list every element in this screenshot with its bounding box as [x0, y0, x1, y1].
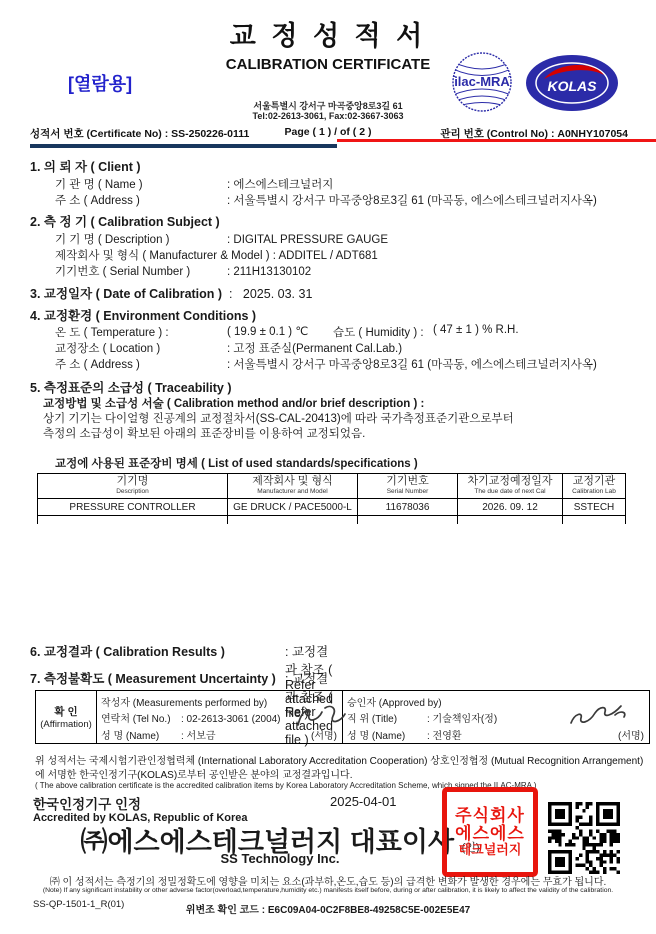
- col-cal-lab-ko: 교정기관: [563, 474, 625, 488]
- approver-title-value: : 기술책임자(정): [427, 714, 497, 725]
- environment-address-value: : 서울특별시 강서구 마곡중앙8로3길 61 (마곡동, 에스에스테크널러지사…: [227, 359, 597, 371]
- traceability-desc-line2: 측정의 소급성이 확보된 아래의 표준장비를 이용하여 교정되었음.: [43, 425, 365, 441]
- accreditation-date: 2025-04-01: [330, 794, 397, 809]
- client-address-value: : 서울특별시 강서구 마곡중앙8로3길 61 (마곡동, 에스에스테크널러지사…: [227, 195, 597, 207]
- traceability-desc-line1: 상기 기기는 다이얼형 진공계의 교정절차서(SS-CAL-20413)에 따라…: [43, 410, 514, 426]
- performer-name-value: : 서보금: [181, 731, 216, 742]
- stamp-line-3: 테크널러지: [459, 843, 522, 857]
- stamp-line-1: 주식회사: [455, 807, 525, 825]
- humidity-label: 습도 ( Humidity ) :: [333, 324, 424, 340]
- date-value: : 2025. 03. 31: [222, 287, 312, 301]
- standard-manufacturer: GE DRUCK / PACE5000-L: [228, 499, 358, 516]
- standard-description: PRESSURE CONTROLLER: [38, 499, 228, 516]
- affirmation-box: 확 인 (Affirmation) 작성자 (Measurements perf…: [35, 690, 650, 744]
- approver-name-label: 성 명 (Name): [347, 727, 427, 742]
- standards-empty-row: [38, 516, 626, 525]
- subject-serial-value: : 211H13130102: [227, 266, 311, 278]
- subject-description-label: 기 기 명 ( Description ): [55, 231, 227, 247]
- environment-address-row: 주 소 ( Address ): 서울특별시 강서구 마곡중앙8로3길 61 (…: [55, 356, 597, 372]
- verification-code-value: E6C09A04-0C2F8BE8-49258C5E-002E5E47: [268, 905, 470, 916]
- temperature-value: ( 19.9 ± 0.1 ) ℃: [227, 324, 308, 338]
- subject-manufacturer-row: 제작회사 및 형식 ( Manufacturer & Model ) : ADD…: [55, 247, 378, 263]
- approver-name-value: : 전영환: [427, 731, 462, 742]
- col-cal-lab-en: Calibration Lab: [563, 488, 625, 498]
- subject-description-value: : DIGITAL PRESSURE GAUGE: [227, 234, 388, 246]
- section-uncertainty: 7. 측정불확도 ( Measurement Uncertainty ): 교정…: [30, 669, 276, 687]
- standard-next-cal: 2026. 09. 12: [458, 499, 563, 516]
- section-client-title: 1. 의 뢰 자 ( Client ): [30, 157, 141, 175]
- section-results: 6. 교정결과 ( Calibration Results ): 교정결과 참조…: [30, 642, 225, 660]
- client-name-label: 기 관 명 ( Name ): [55, 176, 227, 192]
- subject-serial-label: 기기번호 ( Serial Number ): [55, 263, 227, 279]
- section-date-title: 3. 교정일자 ( Date of Calibration ) : 2025. …: [30, 284, 312, 302]
- kolas-logo-text: KOLAS: [548, 78, 598, 94]
- kolas-accreditation-ko: 한국인정기구 인정: [33, 793, 141, 813]
- affirmation-label-cell: 확 인 (Affirmation): [36, 691, 97, 743]
- tel-value: : 02-2613-3061 (2004): [181, 714, 281, 725]
- page-title: 교 정 성 적 서: [0, 14, 656, 53]
- empty-cell: [358, 516, 458, 525]
- empty-cell: [563, 516, 626, 525]
- subject-serial-row: 기기번호 ( Serial Number ): 211H13130102: [55, 263, 311, 279]
- approver-cell: 승인자 (Approved by) 직 위 (Title): 기술책임자(정) …: [343, 691, 649, 743]
- uncertainty-title: 7. 측정불확도 ( Measurement Uncertainty ): [30, 672, 276, 686]
- date-title-text: 3. 교정일자 ( Date of Calibration ): [30, 287, 222, 301]
- stamp-line-2: 에스에스: [455, 825, 525, 843]
- accreditation-statement-line2: 에 서명한 한국인정기구(KOLAS)로부터 공인받은 분야의 교정결과입니다.: [35, 766, 353, 781]
- client-address-label: 주 소 ( Address ): [55, 192, 227, 208]
- section-subject-title: 2. 측 정 기 ( Calibration Subject ): [30, 212, 220, 230]
- standards-header-row: 기기명Description 제작회사 및 형식Manufacturer and…: [38, 474, 626, 499]
- standard-serial: 11678036: [358, 499, 458, 516]
- results-title: 6. 교정결과 ( Calibration Results ): [30, 645, 225, 659]
- subject-description-row: 기 기 명 ( Description ): DIGITAL PRESSURE …: [55, 231, 388, 247]
- col-serial: 기기번호Serial Number: [358, 474, 458, 499]
- subject-manufacturer-value: ADDITEL / ADT681: [276, 250, 378, 262]
- red-rule: [337, 139, 656, 142]
- environment-location-row: 교정장소 ( Location ): 고정 표준실(Permanent Cal.…: [55, 340, 402, 356]
- client-name-row: 기 관 명 ( Name ): 에스에스테크널러지: [55, 176, 333, 192]
- performer-name-label: 성 명 (Name): [101, 727, 181, 742]
- empty-cell: [38, 516, 228, 525]
- performer-cell: 작성자 (Measurements performed by) 연락처 (Tel…: [97, 691, 343, 743]
- ilac-mra-logo-text: ilac-MRA: [454, 74, 510, 89]
- qr-code: [546, 802, 622, 874]
- certificate-page: 교 정 성 적 서 CALIBRATION CERTIFICATE [열람용] …: [0, 0, 656, 934]
- col-next-cal: 차기교정예정일자The due date of next Cal: [458, 474, 563, 499]
- verification-code-label: 위변조 확인 코드 :: [186, 905, 268, 916]
- environment-address-label: 주 소 ( Address ): [55, 356, 227, 372]
- col-next-cal-en: The due date of next Cal: [458, 488, 562, 498]
- approver-title-label: 직 위 (Title): [347, 710, 427, 725]
- col-description: 기기명Description: [38, 474, 228, 499]
- col-description-en: Description: [38, 488, 227, 498]
- col-serial-ko: 기기번호: [358, 474, 457, 488]
- col-manufacturer-ko: 제작회사 및 형식: [228, 474, 357, 488]
- col-next-cal-ko: 차기교정예정일자: [458, 474, 562, 488]
- tel-label: 연락처 (Tel No.): [101, 710, 181, 725]
- section-traceability-title: 5. 측정표준의 소급성 ( Traceability ): [30, 378, 232, 396]
- section-environment-title: 4. 교정환경 ( Environment Conditions ): [30, 306, 256, 324]
- humidity-value: ( 47 ± 1 ) % R.H.: [433, 324, 519, 336]
- location-label: 교정장소 ( Location ): [55, 340, 227, 356]
- standards-data-row: PRESSURE CONTROLLER GE DRUCK / PACE5000-…: [38, 499, 626, 516]
- standards-table: 기기명Description 제작회사 및 형식Manufacturer and…: [37, 473, 626, 524]
- col-serial-en: Serial Number: [358, 488, 457, 498]
- empty-cell: [228, 516, 358, 525]
- corporate-seal-stamp: 주식회사 에스에스 테크널러지: [442, 787, 538, 877]
- empty-cell: [458, 516, 563, 525]
- performer-signature: [292, 699, 350, 733]
- location-value: : 고정 표준실(Permanent Cal.Lab.): [227, 343, 402, 355]
- view-copy-label: [열람용]: [68, 70, 132, 96]
- validity-note-ko: ㈜ 이 성적서는 측정기의 정밀정확도에 영향을 미치는 요소(과부하,온도,습…: [0, 873, 656, 888]
- col-manufacturer: 제작회사 및 형식Manufacturer and Model: [228, 474, 358, 499]
- standards-table-title: 교정에 사용된 표준장비 명세 ( List of used standards…: [55, 455, 418, 471]
- standard-cal-lab: SSTECH: [563, 499, 626, 516]
- client-name-value: : 에스에스테크널러지: [227, 179, 333, 191]
- col-manufacturer-en: Manufacturer and Model: [228, 488, 357, 498]
- accreditation-statement-line1: 위 성적서는 국제시험기관인정협력체 (International Labora…: [35, 752, 643, 767]
- lab-tel-fax-line: Tel:02-2613-3061, Fax:02-3667-3063: [0, 111, 656, 121]
- col-description-ko: 기기명: [38, 474, 227, 488]
- validity-note-en: (Note) If any significant instability or…: [0, 887, 656, 894]
- subject-manufacturer-label: 제작회사 및 형식 ( Manufacturer & Model ) :: [55, 247, 276, 263]
- col-cal-lab: 교정기관Calibration Lab: [563, 474, 626, 499]
- client-address-row: 주 소 ( Address ): 서울특별시 강서구 마곡중앙8로3길 61 (…: [55, 192, 597, 208]
- approver-signature: [567, 699, 631, 733]
- navy-rule: [30, 144, 337, 148]
- affirmation-label-ko: 확 인: [54, 704, 77, 719]
- affirmation-label-en: (Affirmation): [40, 719, 92, 730]
- temperature-label: 온 도 ( Temperature ) :: [55, 324, 227, 340]
- verification-code-line: 위변조 확인 코드 : E6C09A04-0C2F8BE8-49258C5E-0…: [0, 901, 656, 916]
- traceability-method-line: 교정방법 및 소급성 서술 ( Calibration method and/o…: [43, 395, 424, 411]
